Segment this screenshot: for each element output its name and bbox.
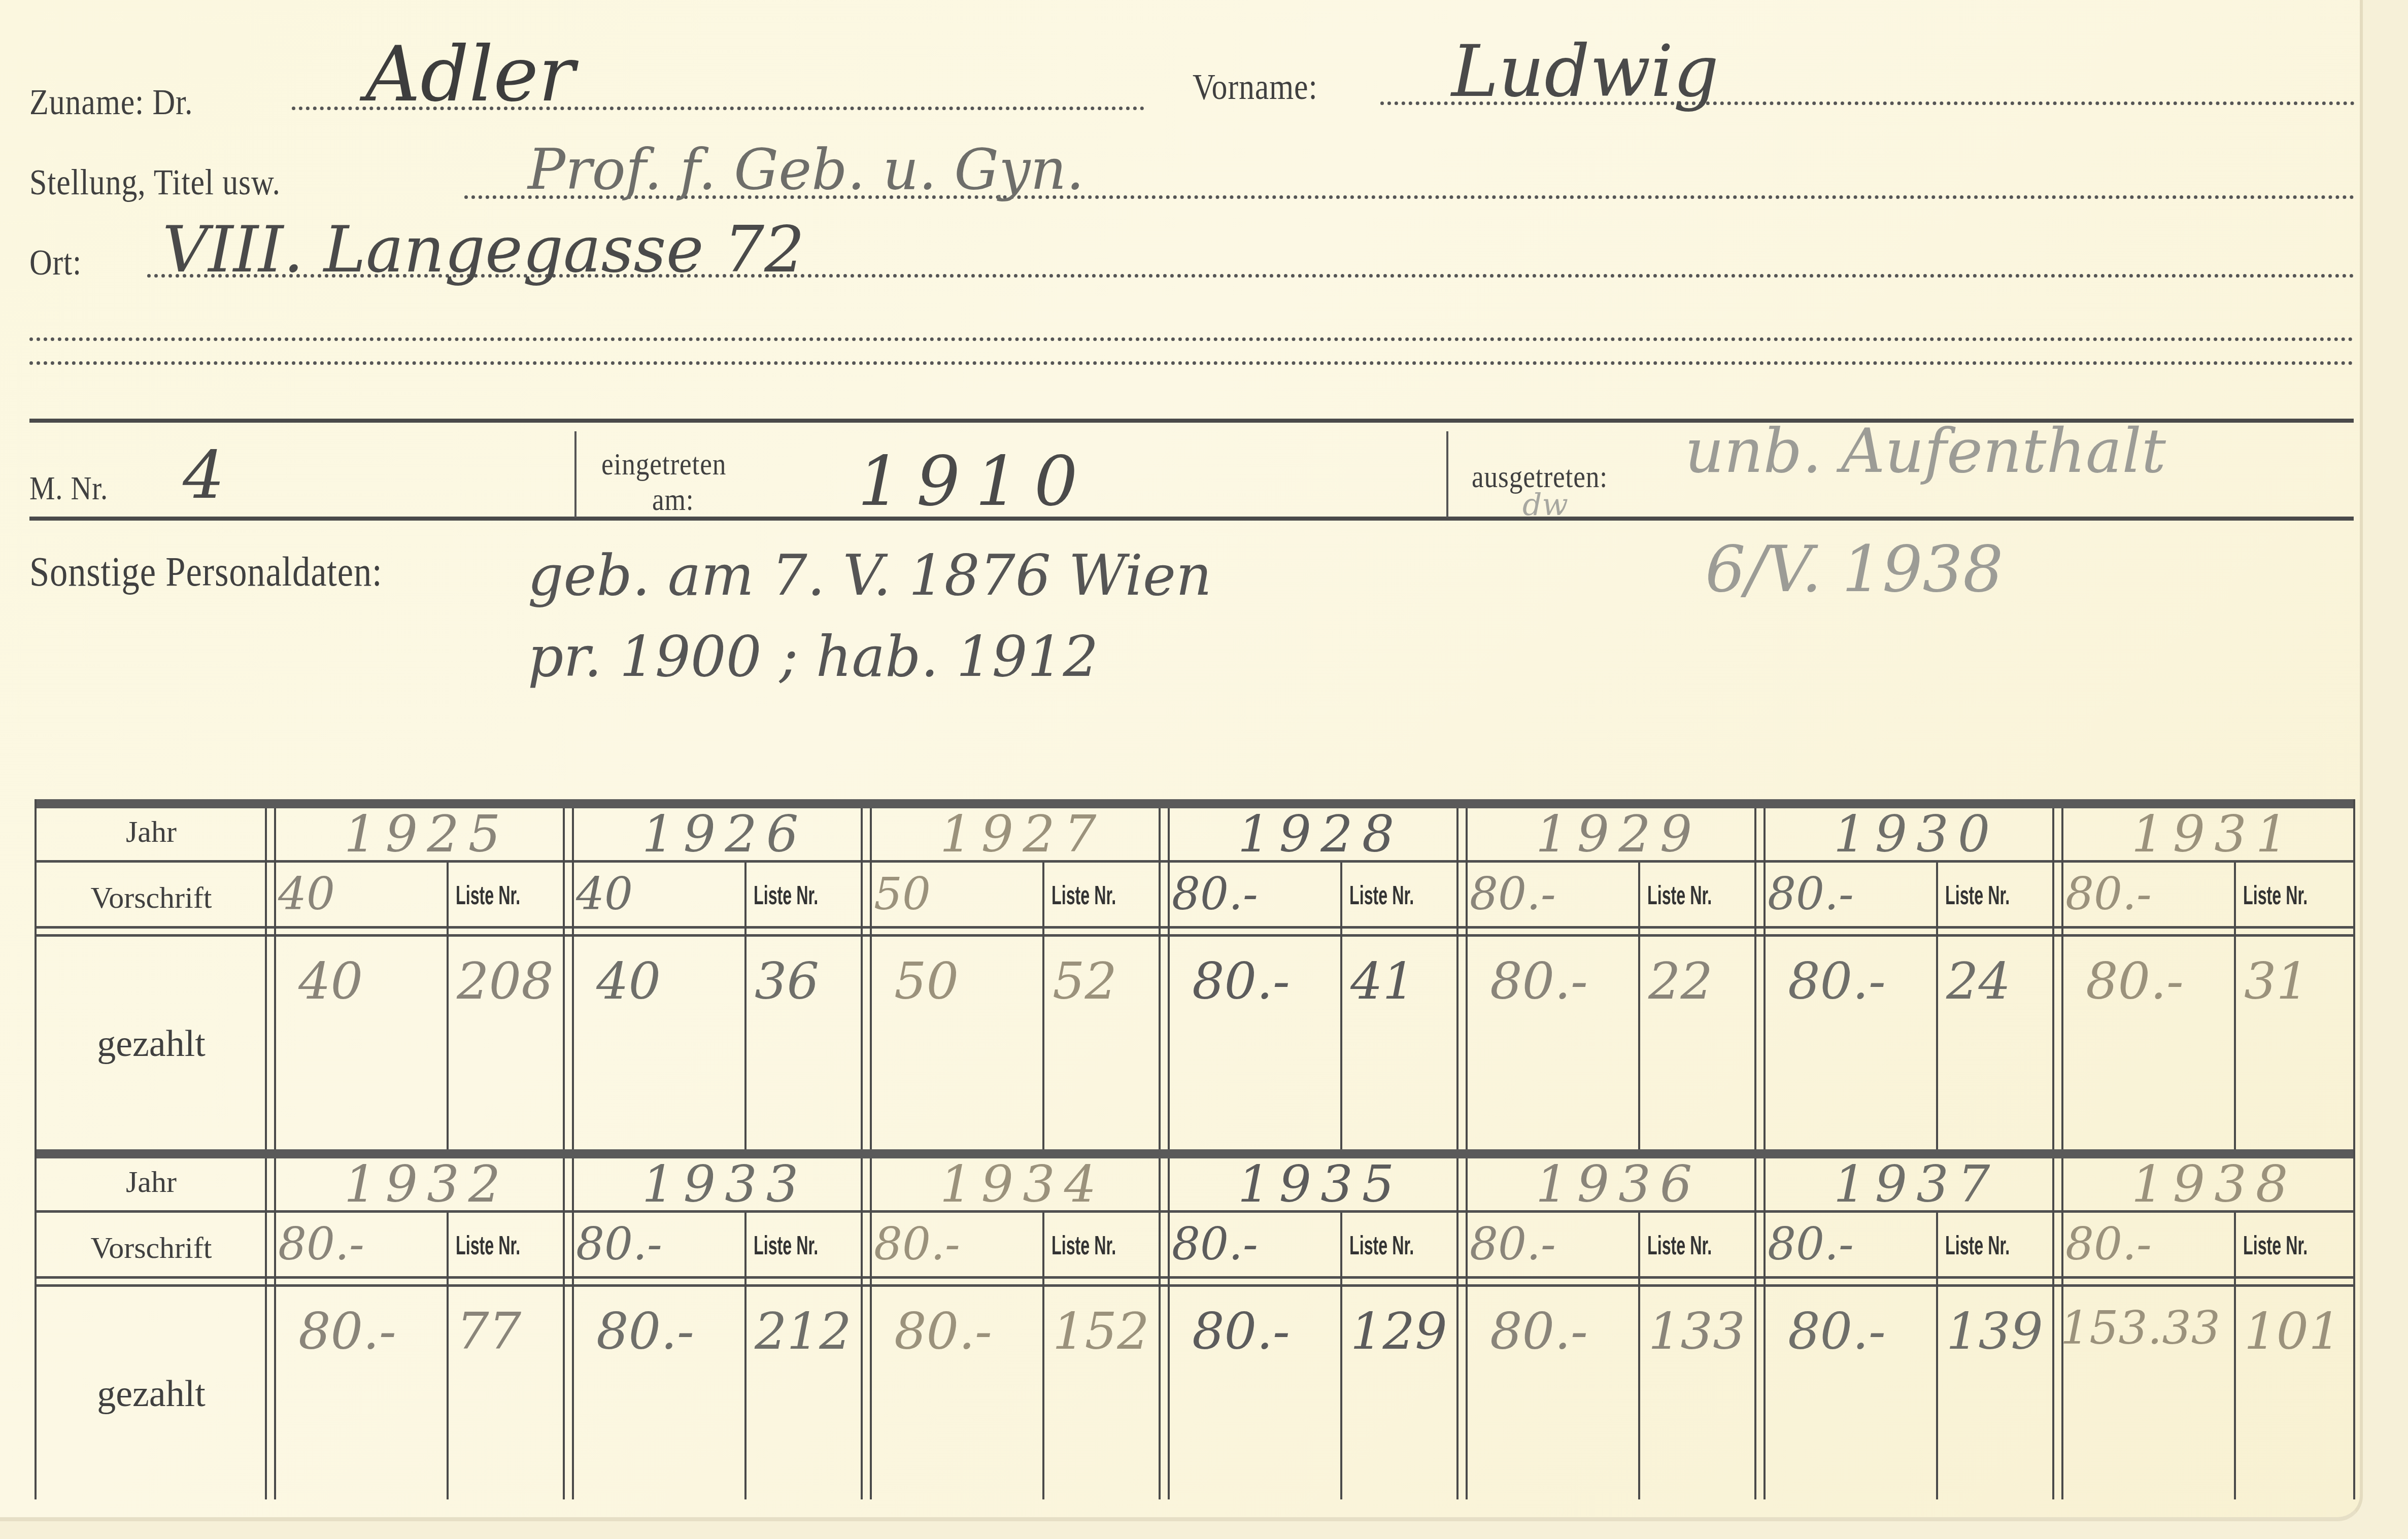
row-label-paid: gezahlt [35, 1373, 268, 1416]
year-divider [1159, 808, 1170, 1149]
list-no-label: Liste Nr. [1052, 880, 1116, 911]
member-divider-1 [574, 431, 576, 518]
paid-amount: 80.- [1192, 951, 1290, 1011]
year-value: 1937 [1834, 1154, 1999, 1214]
list-no-label: Liste Nr. [1945, 1230, 2010, 1261]
paid-amount: 80.- [2086, 951, 2184, 1011]
member-row-bottom-rule [29, 517, 2354, 521]
list-divider [744, 1213, 747, 1499]
paid-amount: 80.- [1490, 1302, 1588, 1361]
required-amount: 80.- [1470, 868, 1556, 920]
list-divider [1042, 1213, 1044, 1499]
table-left-border [35, 1149, 37, 1499]
paid-amount: 80.- [1788, 951, 1886, 1011]
year-value: 1935 [1238, 1154, 1404, 1214]
list-divider [1936, 863, 1938, 1149]
required-amount: 80.- [1768, 1218, 1854, 1270]
payment-block-2: JahrVorschriftgezahlt193280.-Liste Nr.80… [35, 1149, 2354, 1499]
required-amount: 80.- [278, 1218, 364, 1270]
year-divider [265, 808, 276, 1149]
list-no-value: 139 [1946, 1302, 2043, 1361]
joined-label-am: am: [652, 482, 694, 518]
list-no-label: Liste Nr. [1052, 1230, 1116, 1261]
required-row-rule-2 [35, 934, 2354, 937]
year-divider [861, 808, 872, 1149]
required-row-rule-1 [35, 1276, 2354, 1279]
joined-value: 1910 [858, 441, 1093, 521]
required-amount: 80.- [576, 1218, 662, 1270]
other-data-line-2: pr. 1900 ; hab. 1912 [528, 624, 1099, 689]
year-divider [2052, 808, 2063, 1149]
year-value: 1930 [1834, 804, 1999, 864]
list-no-value: 24 [1946, 951, 2011, 1011]
list-divider [1936, 1213, 1938, 1499]
list-no-label: Liste Nr. [1349, 880, 1414, 911]
year-divider [861, 1158, 872, 1499]
blank-dotted-line-2 [29, 361, 2354, 365]
list-no-value: 31 [2244, 951, 2309, 1011]
year-value: 1926 [642, 804, 808, 864]
list-divider [2234, 1213, 2236, 1499]
first-name-value: Ludwig [1451, 30, 1719, 113]
year-divider [1456, 808, 1468, 1149]
list-no-label: Liste Nr. [1647, 880, 1712, 911]
list-no-value: 101 [2244, 1302, 2341, 1361]
list-divider [447, 863, 449, 1149]
year-value: 1927 [940, 804, 1106, 864]
year-value: 1934 [940, 1154, 1106, 1214]
year-value: 1933 [642, 1154, 808, 1214]
year-value: 1931 [2131, 804, 2297, 864]
list-no-label: Liste Nr. [1945, 880, 2010, 911]
payment-block-1: JahrVorschriftgezahlt192540Liste Nr.4020… [35, 799, 2354, 1149]
row-label-paid: gezahlt [35, 1022, 268, 1066]
list-no-value: 52 [1053, 951, 1117, 1011]
required-amount: 80.- [1470, 1218, 1556, 1270]
paid-amount: 40 [298, 951, 363, 1011]
list-no-label: Liste Nr. [754, 880, 818, 911]
list-no-value: 36 [755, 951, 819, 1011]
row-label-required: Vorschrift [35, 1230, 268, 1266]
list-divider [1638, 863, 1640, 1149]
blank-dotted-line-1 [29, 337, 2354, 341]
joined-label: eingetreten [601, 447, 726, 483]
paid-amount: 40 [596, 951, 661, 1011]
list-divider [447, 1213, 449, 1499]
required-amount: 80.- [1172, 1218, 1258, 1270]
required-amount: 80.- [2065, 868, 2152, 920]
list-no-value: 208 [457, 951, 554, 1011]
member-no-value: 4 [183, 436, 225, 514]
list-no-value: 133 [1648, 1302, 1745, 1361]
list-divider [1340, 863, 1342, 1149]
place-label: Ort: [29, 242, 82, 284]
paid-amount: 80.- [894, 1302, 992, 1361]
list-no-value: 77 [457, 1302, 521, 1361]
paid-amount: 80.- [298, 1302, 396, 1361]
list-no-value: 129 [1350, 1302, 1447, 1361]
list-no-value: 41 [1350, 951, 1415, 1011]
year-value: 1925 [344, 804, 510, 864]
surname-value: Adler [365, 30, 575, 119]
list-divider [744, 863, 747, 1149]
left-date: 6/V. 1938 [1705, 533, 2004, 606]
required-amount: 40 [576, 868, 633, 920]
year-divider [1456, 1158, 1468, 1499]
table-left-border [35, 799, 37, 1149]
row-label-year: Jahr [35, 1165, 268, 1200]
list-no-value: 212 [755, 1302, 852, 1361]
paid-amount: 80.- [596, 1302, 694, 1361]
required-amount: 80.- [1768, 868, 1854, 920]
required-amount: 80.- [2065, 1218, 2152, 1270]
member-no-label: M. Nr. [29, 469, 108, 508]
required-amount: 80.- [1172, 868, 1258, 920]
year-divider [563, 808, 574, 1149]
required-amount: 50 [874, 868, 931, 920]
paid-amount: 50 [894, 951, 959, 1011]
required-row-rule-2 [35, 1284, 2354, 1287]
first-name-label: Vorname: [1193, 66, 1317, 108]
other-data-label: Sonstige Personaldaten: [29, 548, 383, 596]
position-label: Stellung, Titel usw. [29, 161, 281, 203]
year-divider [1754, 1158, 1766, 1499]
left-small-note: dw [1522, 487, 1568, 523]
paid-amount: 153.33 [2060, 1302, 2220, 1355]
year-value: 1938 [2131, 1154, 2297, 1214]
list-no-label: Liste Nr. [2243, 1230, 2308, 1261]
list-divider [1340, 1213, 1342, 1499]
position-value: Prof. f. Geb. u. Gyn. [528, 137, 1084, 202]
row-label-year: Jahr [35, 814, 268, 849]
list-no-label: Liste Nr. [754, 1230, 818, 1261]
place-value: VIII. Langegasse 72 [162, 213, 805, 287]
list-divider [1042, 863, 1044, 1149]
year-divider [1754, 808, 1766, 1149]
year-divider [1159, 1158, 1170, 1499]
paid-amount: 80.- [1192, 1302, 1290, 1361]
year-value: 1929 [1536, 804, 1702, 864]
paid-amount: 80.- [1788, 1302, 1886, 1361]
row-label-required: Vorschrift [35, 880, 268, 915]
year-divider [265, 1158, 276, 1499]
other-data-line-1: geb. am 7. V. 1876 Wien [528, 543, 1212, 608]
table-right-border [2353, 799, 2355, 1149]
year-value: 1928 [1238, 804, 1404, 864]
left-value: unb. Aufenthalt [1685, 416, 2166, 487]
list-no-label: Liste Nr. [2243, 880, 2308, 911]
required-amount: 40 [278, 868, 335, 920]
list-no-label: Liste Nr. [456, 1230, 520, 1261]
list-no-value: 22 [1648, 951, 1713, 1011]
year-value: 1932 [344, 1154, 510, 1214]
required-row-rule-1 [35, 926, 2354, 929]
required-amount: 80.- [874, 1218, 960, 1270]
list-divider [2234, 863, 2236, 1149]
year-divider [563, 1158, 574, 1499]
surname-label: Zuname: Dr. [29, 81, 193, 123]
table-right-border [2353, 1149, 2355, 1499]
list-no-value: 152 [1053, 1302, 1149, 1361]
year-value: 1936 [1536, 1154, 1702, 1214]
paid-amount: 80.- [1490, 951, 1588, 1011]
list-no-label: Liste Nr. [456, 880, 520, 911]
membership-card: Zuname: Dr. Adler Vorname: Ludwig Stellu… [0, 0, 2363, 1521]
list-no-label: Liste Nr. [1647, 1230, 1712, 1261]
member-divider-2 [1446, 431, 1448, 518]
list-divider [1638, 1213, 1640, 1499]
list-no-label: Liste Nr. [1349, 1230, 1414, 1261]
